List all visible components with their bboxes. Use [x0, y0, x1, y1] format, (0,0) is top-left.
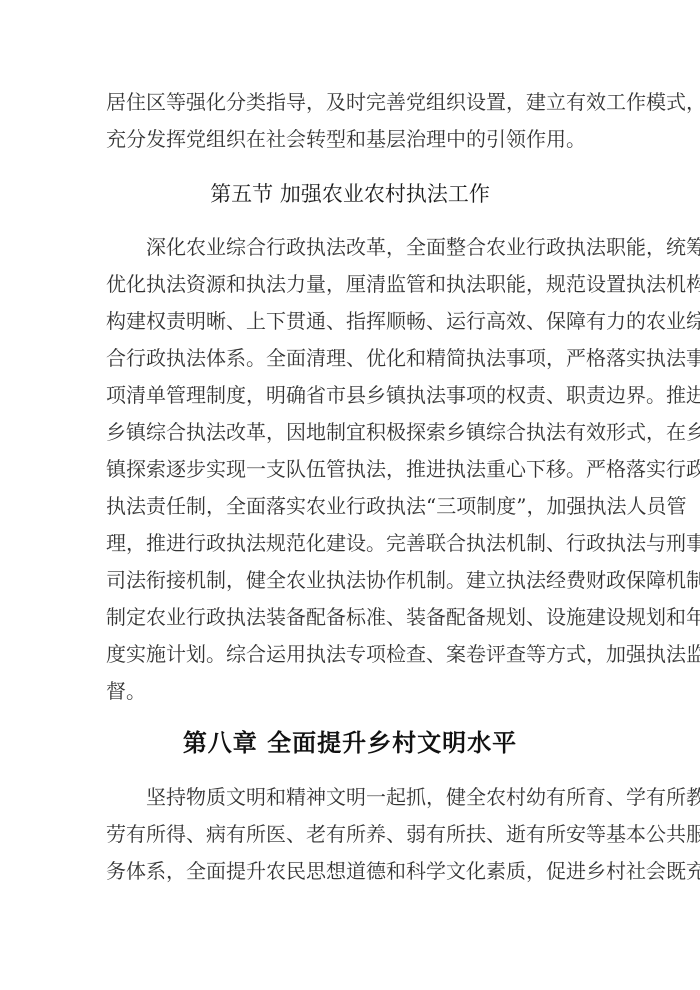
section-paragraph-line: 深化农业综合行政执法改革，全面整合农业行政执法职能，统筹 [146, 235, 594, 259]
section-paragraph-line: 理，推进行政执法规范化建设。完善联合执法机制、行政执法与刑事 [106, 531, 594, 555]
section-paragraph-line: 构建权责明晰、上下贯通、指挥顺畅、运行高效、保障有力的农业综 [106, 309, 594, 333]
document-page: 居住区等强化分类指导，及时完善党组织设置，建立有效工作模式， 充分发挥党组织在社… [0, 0, 700, 990]
section-heading: 第五节 加强农业农村执法工作 [0, 181, 700, 207]
chapter-paragraph-line: 劳有所得、病有所医、老有所养、弱有所扶、逝有所安等基本公共服 [106, 822, 594, 846]
section-paragraph-line: 优化执法资源和执法力量，厘清监管和执法职能，规范设置执法机构， [106, 272, 594, 296]
section-paragraph-line: 合行政执法体系。全面清理、优化和精简执法事项，严格落实执法事 [106, 346, 594, 370]
chapter-paragraph-line: 务体系，全面提升农民思想道德和科学文化素质，促进乡村社会既充 [106, 859, 594, 883]
section-paragraph-line: 司法衔接机制，健全农业执法协作机制。建立执法经费财政保障机制， [106, 568, 594, 592]
intro-paragraph-line: 充分发挥党组织在社会转型和基层治理中的引领作用。 [106, 127, 594, 151]
section-paragraph-line: 项清单管理制度，明确省市县乡镇执法事项的权责、职责边界。推进 [106, 383, 594, 407]
intro-paragraph-line: 居住区等强化分类指导，及时完善党组织设置，建立有效工作模式， [106, 90, 594, 114]
section-paragraph-line: 执法责任制，全面落实农业行政执法“三项制度”，加强执法人员管 [106, 494, 594, 518]
section-paragraph-line: 制定农业行政执法装备配备标准、装备配备规划、设施建设规划和年 [106, 605, 594, 629]
section-paragraph-line: 度实施计划。综合运用执法专项检查、案卷评查等方式，加强执法监 [106, 642, 594, 666]
section-paragraph-line: 乡镇综合执法改革，因地制宜积极探索乡镇综合执法有效形式，在乡 [106, 420, 594, 444]
chapter-heading: 第八章 全面提升乡村文明水平 [0, 728, 700, 758]
section-paragraph-line: 镇探索逐步实现一支队伍管执法，推进执法重心下移。严格落实行政 [106, 457, 594, 481]
section-paragraph-line: 督。 [106, 679, 594, 703]
chapter-paragraph-line: 坚持物质文明和精神文明一起抓，健全农村幼有所育、学有所教、 [146, 785, 594, 809]
